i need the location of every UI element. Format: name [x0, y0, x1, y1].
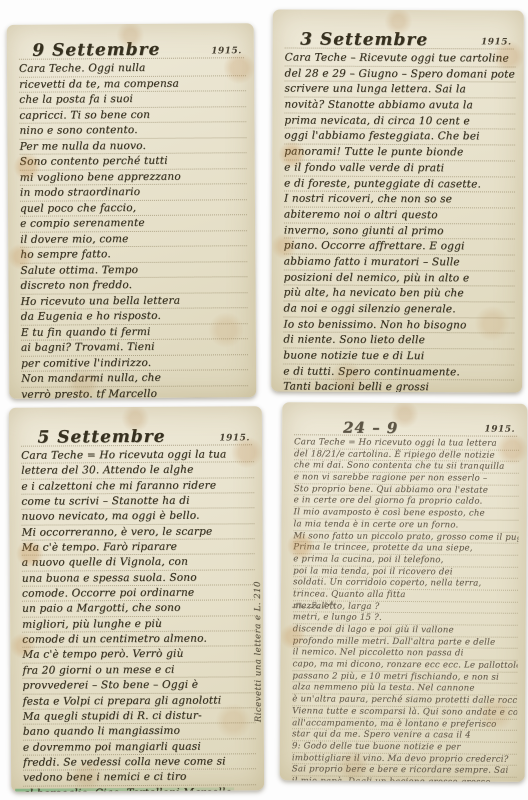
handwritten-line: Io sto benissimo. Non ho bisogno: [283, 317, 514, 334]
handwritten-line: Ma c'è tempo però. Verrò giù: [22, 647, 255, 664]
handwritten-line: una buona e spessa suola. Sono: [22, 570, 255, 587]
postcard-1915-09-09: 9 Settembre 1915. Cara Teche. Oggi nulla…: [7, 23, 257, 399]
handwritten-line: al bersaglio. Ciao. Tortelloni Marcello: [23, 785, 256, 792]
handwritten-line: e i calzettoni che mi faranno ridere: [21, 478, 254, 495]
handwritten-line: quel poco che faccio,: [20, 200, 247, 217]
handwritten-line: comode di un centimetro almeno.: [22, 631, 255, 648]
trench-sketch-icon: [291, 598, 335, 610]
handwritten-text: Cara Teche – Ricevute oggi tue cartoline…: [283, 51, 516, 393]
handwritten-line: che la posta fa i suoi: [19, 91, 246, 108]
handwritten-line: abiteremo noi o altri questo: [284, 207, 515, 224]
handwritten-line: 9: Godo delle tue buone notizie e per: [292, 741, 517, 754]
handwritten-line: ricevetti da te, ma compensa: [19, 76, 246, 93]
postcard-1915-09-03: 3 Settembre 1915. Cara Teche – Ricevute …: [271, 9, 524, 392]
handwritten-line: abbiamo fatto i muratori – Sulle: [284, 254, 515, 271]
postcard-header: 9 Settembre 1915.: [19, 33, 244, 60]
handwritten-line: un paio a Margotti, che sono: [22, 601, 255, 618]
handwritten-line: festa e Volpi ci prepara gli agnolotti: [23, 693, 256, 710]
handwritten-line: capricci. Ti so bene con: [19, 107, 246, 124]
handwritten-line: nino e sono contento.: [19, 122, 246, 139]
handwritten-line: a nuovo quelle di Vignola, con: [22, 555, 255, 572]
handwritten-line: più alte, ha nevicato ben più che: [284, 286, 515, 303]
handwritten-line: Cara Teche – Ricevute oggi tue cartoline: [285, 51, 516, 68]
handwritten-line: e dovremmo poi mangiarli quasi: [23, 739, 256, 756]
handwritten-line: scrivere una lunga lettera. Sai la: [284, 82, 515, 99]
handwritten-line: e di foreste, punteggiate di casette.: [284, 176, 515, 193]
handwritten-line: Cara Teche. Oggi nulla: [19, 60, 246, 77]
postcard-header: 24 – 9 1915.: [294, 412, 517, 437]
handwritten-line: e compio serenamente: [20, 215, 247, 232]
printed-year: 1915.: [484, 425, 515, 435]
printed-year: 1915.: [219, 433, 250, 443]
handwritten-line: provvederei – Sto bene – Oggi è: [22, 677, 255, 694]
handwritten-date: 24 – 9: [294, 418, 447, 437]
handwritten-line: freddi. Se vedessi colla neve come si: [23, 754, 256, 771]
handwritten-line: Ma quegli stupidi di R. ci distur-: [23, 708, 256, 725]
handwritten-text: Cara Teche = Ho ricevuta oggi la tualett…: [21, 447, 256, 791]
handwritten-line: e prima la cucina, poi il telefono,: [293, 554, 518, 567]
handwritten-line: Per me nulla da nuovo.: [19, 138, 246, 155]
handwritten-line: Tanti bacioni belli e grossi: [283, 380, 514, 393]
handwritten-line: panorami! Tutte le punte bionde: [284, 145, 515, 162]
handwritten-date: 3 Settembre: [285, 30, 444, 51]
handwritten-line: come tu scrivi – Stanotte ha di: [21, 493, 254, 510]
handwritten-line: da noi e oggi silenzio generale.: [283, 302, 514, 319]
handwritten-line: comode. Occorre poi ordinarne: [22, 585, 255, 602]
handwritten-line: per comitive l'indirizzo.: [21, 355, 248, 372]
handwritten-line: Mi occorreranno, è vero, le scarpe: [22, 524, 255, 541]
handwritten-line: Vienna tutte e scomparsi là. Qui sono an…: [292, 706, 517, 719]
handwritten-line: migliori, più lunghe e più: [22, 616, 255, 633]
handwritten-line: bano quando li mangiassimo: [23, 723, 256, 740]
handwritten-line: del 28 e 29 – Giugno – Spero domani pote…: [285, 66, 516, 83]
handwritten-line: oggi l'abbiamo festeggiata. Che bei: [284, 129, 515, 146]
handwritten-line: I nostri ricoveri, che non so se: [284, 192, 515, 209]
handwritten-line: Cara Teche = Ho ricevuta oggi la tua: [21, 447, 254, 464]
handwritten-line: mi vogliono bene apprezzano: [20, 169, 247, 186]
handwritten-line: novità? Stanotte abbiamo avuta la: [284, 98, 515, 115]
photo-of-postcards: 9 Settembre 1915. Cara Teche. Oggi nulla…: [0, 0, 528, 800]
sideways-margin-note: Ricevetti una lettera e L. 210: [252, 422, 264, 722]
handwritten-line: lettera del 30. Attendo le alghe: [21, 463, 254, 480]
postcard-1915-09-24: 24 – 9 1915. Cara Teche = Ho ricevuto og…: [280, 402, 528, 782]
handwritten-line: posizioni del nemico, più in alto e: [284, 270, 515, 287]
handwritten-line: la mia tenda è in certe ore un forno.: [293, 519, 518, 532]
printed-year: 1915.: [211, 46, 242, 56]
postcard-header: 5 Settembre 1915.: [21, 420, 252, 446]
handwritten-line: nuovo nevicato, ma oggi è bello.: [21, 509, 254, 526]
handwritten-line: Ma c'è tempo. Farò riparare: [22, 539, 255, 556]
handwritten-line: verrò presto. tf Marcello: [21, 386, 248, 399]
handwritten-line: e di tutti. Spero continuamente.: [283, 364, 514, 381]
handwritten-line: il mio papà. Dagli un bacione grosso gro…: [292, 776, 517, 782]
handwritten-line: buone notizie tue e di Lui: [283, 349, 514, 366]
handwritten-line: e il fondo valle verde di prati: [284, 160, 515, 177]
handwritten-line: il dovere mio, come: [20, 231, 247, 248]
handwritten-line: Salute ottima. Tempo: [20, 262, 247, 279]
handwritten-line: vedono bene i nemici e ci tiro: [23, 769, 256, 786]
handwritten-line: inverno, sono giunti al primo: [284, 223, 515, 240]
handwritten-text: Cara Teche. Oggi nullaricevetti da te, m…: [19, 60, 248, 399]
handwritten-line: prima nevicata, di circa 10 cent e: [284, 113, 515, 130]
handwritten-line: Ho ricevuto una bella lettera: [21, 293, 248, 310]
handwritten-line: Sono contento perché tutti: [20, 153, 247, 170]
handwritten-date: 5 Settembre: [21, 427, 182, 448]
handwritten-line: ai bagni? Trovami. Tieni: [21, 339, 248, 356]
handwritten-line: E tu fin quando ti fermi: [21, 324, 248, 341]
postcard-1915-09-05: 5 Settembre 1915. Cara Teche = Ho ricevu…: [9, 406, 264, 792]
handwritten-line: in modo straordinario: [20, 184, 247, 201]
handwritten-line: discreto non freddo.: [20, 277, 247, 294]
printed-year: 1915.: [481, 37, 512, 47]
handwritten-line: piano. Occorre affrettare. E oggi: [284, 239, 515, 256]
handwritten-line: fra 20 giorni o un mese e ci: [22, 662, 255, 679]
handwritten-line: di niente. Sono lieto delle: [283, 333, 514, 350]
postcard-header: 3 Settembre 1915.: [285, 24, 514, 50]
handwritten-date: 9 Settembre: [19, 40, 174, 61]
handwritten-line: da Eugenia e ho risposto.: [21, 308, 248, 325]
handwritten-line: Non mandarmi nulla, che: [21, 370, 248, 387]
handwritten-line: ho sempre fatto.: [20, 246, 247, 263]
